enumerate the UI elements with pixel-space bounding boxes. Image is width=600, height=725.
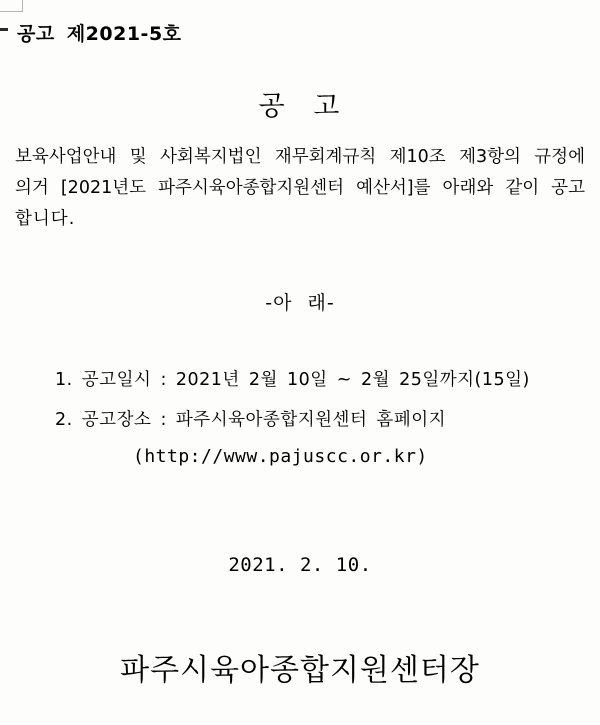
notice-item-location: 2. 공고장소 : 파주시육아종합지원센터 홈페이지 bbox=[55, 406, 446, 431]
notice-body-paragraph: 보육사업안내 및 사회복지법인 재무회계규칙 제10조 제3항의 규정에 의거 … bbox=[15, 142, 585, 235]
notice-date: 2021. 2. 10. bbox=[0, 554, 600, 576]
section-subheading: -아 래- bbox=[0, 288, 600, 315]
body-line-1: 보육사업안내 및 사회복지법인 재무회계규칙 제10조 제3항의 규정에 bbox=[15, 142, 585, 173]
document-number: 공고 제2021-5호 bbox=[17, 19, 182, 46]
left-edge-scan-artifact bbox=[0, 28, 8, 31]
website-url-text: (http://www.pajuscc.or.kr) bbox=[133, 446, 428, 467]
notice-item-period: 1. 공고일시 : 2021년 2월 10일 ~ 2월 25일까지(15일) bbox=[55, 366, 530, 391]
body-line-3: 합니다. bbox=[15, 204, 585, 235]
notice-document-page: 공고 제2021-5호 공 고 보육사업안내 및 사회복지법인 재무회계규칙 제… bbox=[0, 0, 600, 725]
issuing-authority-signature: 파주시육아종합지원센터장 bbox=[0, 645, 600, 689]
corner-crop-mark-horizontal bbox=[0, 11, 23, 12]
body-line-2: 의거 [2021년도 파주시육아종합지원센터 예산서]를 아래와 같이 공고 bbox=[15, 173, 585, 204]
notice-title: 공 고 bbox=[0, 84, 600, 123]
